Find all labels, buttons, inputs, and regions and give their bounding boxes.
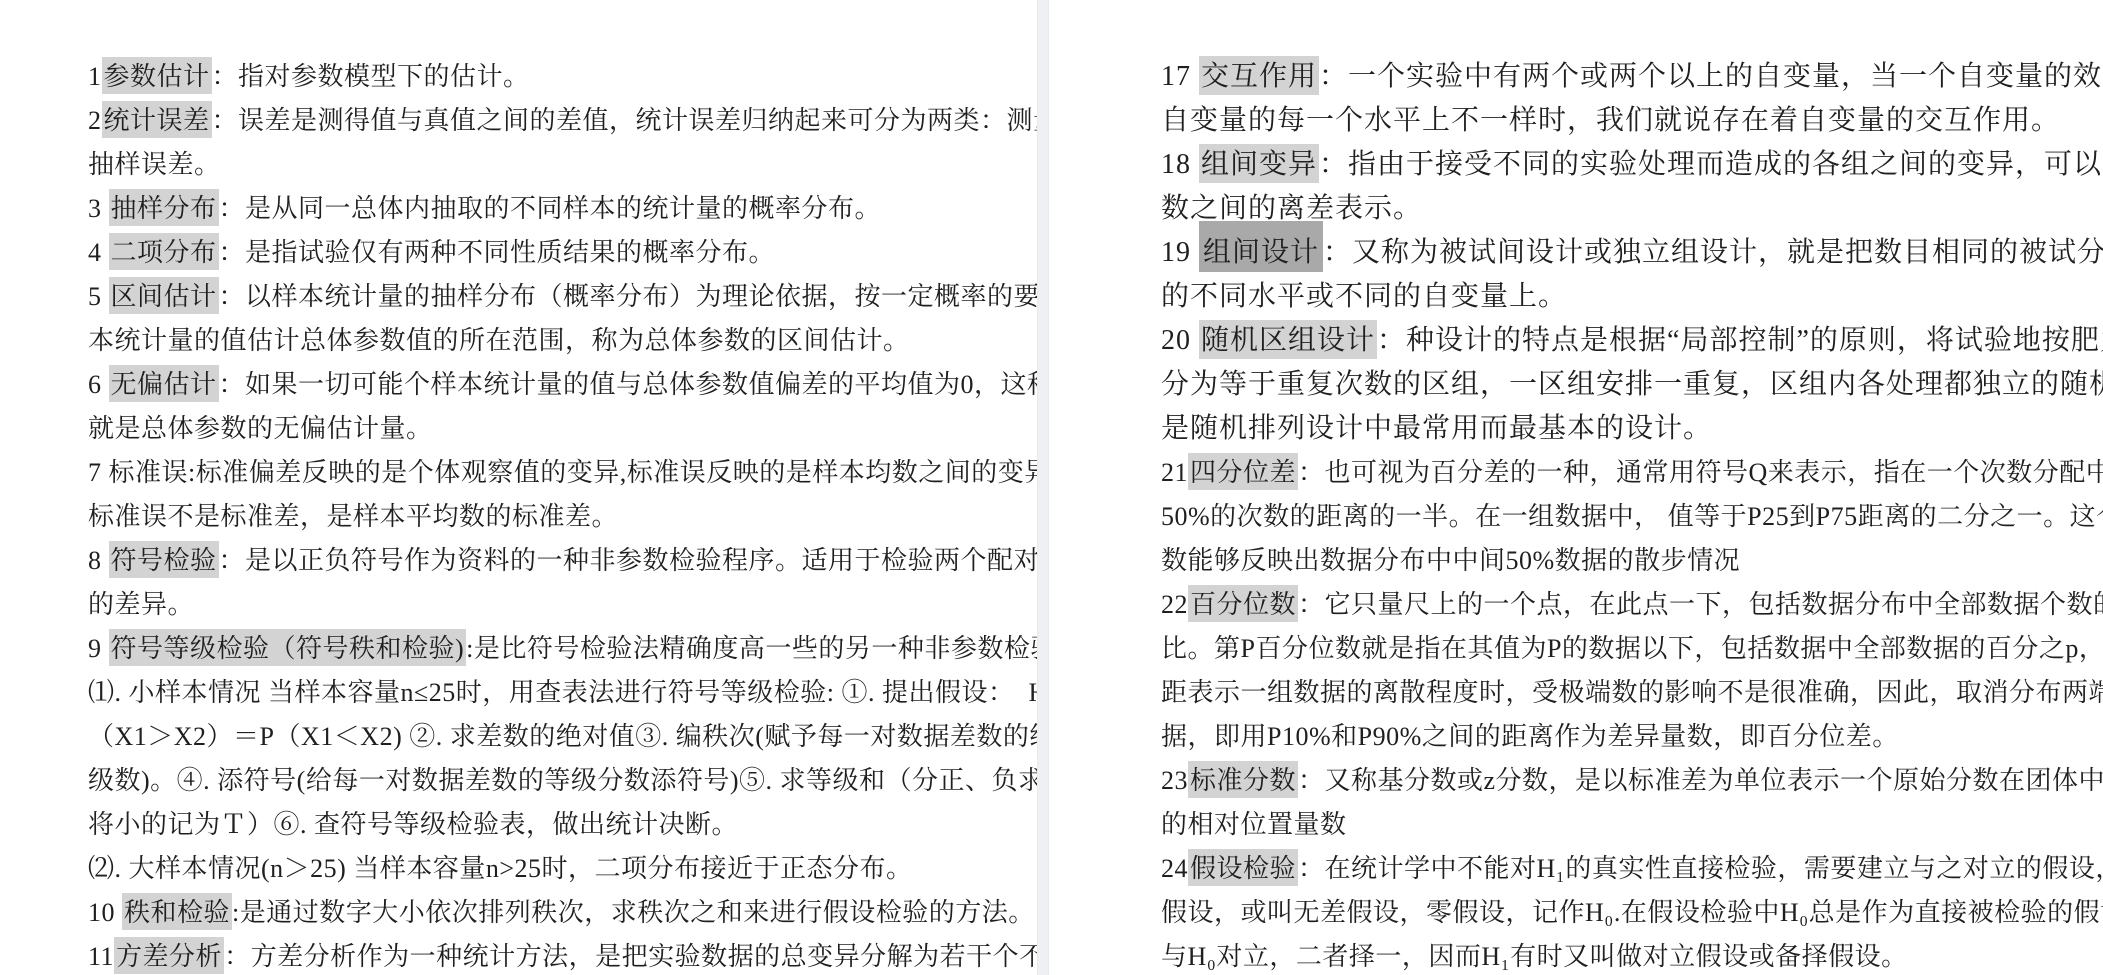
definition-line: 4 二项分布：是指试验仅有两种不同性质结果的概率分布。	[88, 231, 1007, 275]
highlighted-term: 秩和检验	[122, 893, 232, 930]
text-run: 与H₀对立，二者择一，因而H₁有时又叫做对立假设或备择假设。	[1161, 942, 1908, 971]
page-left: 1参数估计：指对参数模型下的估计。2统计误差：误差是测得值与真值之间的差值，统计…	[0, 0, 1037, 975]
text-run: ：又称基分数或z分数，是以标准差为单位表示一个原始分数在团体中所处位置	[1298, 766, 2103, 795]
text-run: ：也可视为百分差的一种，通常用符号Q来表示，指在一个次数分配中，中间的	[1298, 458, 2103, 487]
highlighted-term: 标准分数	[1188, 761, 1298, 798]
text-run: 8	[88, 546, 109, 575]
highlighted-term: 随机区组设计	[1199, 320, 1377, 359]
highlighted-term: 假设检验	[1188, 849, 1298, 886]
definition-line: 本统计量的值估计总体参数值的所在范围，称为总体参数的区间估计。	[88, 319, 1007, 363]
text-run: 17	[1161, 61, 1199, 92]
text-run: 4	[88, 238, 109, 267]
text-run: 自变量的每一个水平上不一样时，我们就说存在着自变量的交互作用。	[1161, 105, 2060, 136]
text-run: 本统计量的值估计总体参数值的所在范围，称为总体参数的区间估计。	[88, 326, 910, 355]
text-run: ：又称为被试间设计或独立组设计，就是把数目相同的被试分配到自变量	[1323, 237, 2103, 268]
definition-line: 据，即用P10%和P90%之间的距离作为差异量数，即百分位差。	[1161, 715, 2063, 759]
text-run: 的不同水平或不同的自变量上。	[1161, 281, 1567, 312]
text-run: 的相对位置量数	[1161, 810, 1347, 839]
highlighted-term: 交互作用	[1199, 56, 1319, 95]
highlighted-term: 百分位数	[1188, 585, 1298, 622]
page-gutter-divider	[1037, 0, 1049, 975]
definition-line: 距表示一组数据的离散程度时，受极端数的影响不是很准确，因此，取消分布两端10%的…	[1161, 671, 2063, 715]
text-run: 22	[1161, 590, 1188, 619]
definition-line: ⑴. 小样本情况 当样本容量n≤25时，用查表法进行符号等级检验: ①. 提出假…	[88, 671, 1007, 715]
definition-line: 5 区间估计：以样本统计量的抽样分布（概率分布）为理论依据，按一定概率的要求，由…	[88, 275, 1007, 319]
highlighted-term: 无偏估计	[109, 365, 219, 402]
text-run: 数之间的离差表示。	[1161, 193, 1422, 224]
definition-line: 标准误不是标准差，是样本平均数的标准差。	[88, 495, 1007, 539]
text-run: 3	[88, 194, 109, 223]
text-run: ：它只量尺上的一个点，在此点一下，包括数据分布中全部数据个数的一定百分	[1298, 590, 2103, 619]
text-run: ：是指试验仅有两种不同性质结果的概率分布。	[219, 238, 776, 267]
definition-line: 比。第P百分位数就是指在其值为P的数据以下，包括数据中全部数据的百分之p，由于以…	[1161, 627, 2063, 671]
definition-line: 级数)。④. 添符号(给每一对数据差数的等级分数添符号)⑤. 求等级和（分正、负…	[88, 759, 1007, 803]
highlighted-term: 四分位差	[1188, 453, 1298, 490]
text-run: 数能够反映出数据分布中中间50%数据的散步情况	[1161, 546, 1740, 575]
text-run: ：是从同一总体内抽取的不同样本的统计量的概率分布。	[219, 194, 882, 223]
text-run: 7 标准误:标准偏差反映的是个体观察值的变异,标准误反映的是样本均数之间的变异,	[88, 458, 1037, 487]
definition-line: 1参数估计：指对参数模型下的估计。	[88, 55, 1007, 99]
text-run: 10	[88, 898, 122, 927]
definition-line: 17 交互作用：一个实验中有两个或两个以上的自变量，当一个自变量的效果在另一个	[1161, 55, 2063, 99]
definition-line: 7 标准误:标准偏差反映的是个体观察值的变异,标准误反映的是样本均数之间的变异,	[88, 451, 1007, 495]
definition-line: 自变量的每一个水平上不一样时，我们就说存在着自变量的交互作用。	[1161, 99, 2063, 143]
text-run: :是通过数字大小依次排列秩次，求秩次之和来进行假设检验的方法。	[232, 898, 1035, 927]
text-run: ：误差是测得值与真值之间的差值，统计误差归纳起来可分为两类：测量误差与	[212, 106, 1037, 135]
definition-line: 6 无偏估计：如果一切可能个样本统计量的值与总体参数值偏差的平均值为0，这种统计…	[88, 363, 1007, 407]
text-run: ：指对参数模型下的估计。	[212, 62, 530, 91]
text-run: ：在统计学中不能对H₁的真实性直接检验，需要建立与之对立的假设，称作虚无	[1298, 854, 2103, 883]
definition-line: 20 随机区组设计：种设计的特点是根据“局部控制”的原则，将试验地按肥力程度划	[1161, 319, 2063, 363]
definition-line: 19 组间设计：又称为被试间设计或独立组设计，就是把数目相同的被试分配到自变量	[1161, 231, 2063, 275]
text-run: ⑵. 大样本情况(n＞25) 当样本容量n>25时，二项分布接近于正态分布。	[88, 854, 912, 883]
definition-line: 的不同水平或不同的自变量上。	[1161, 275, 2063, 319]
text-run: 6	[88, 370, 109, 399]
text-run: ：方差分析作为一种统计方法，是把实验数据的总变异分解为若干个不同来源的	[224, 942, 1037, 971]
text-run: 9	[88, 634, 109, 663]
definition-line: 50%的次数的距离的一半。在一组数据中， 值等于P25到P75距离的二分之一。这…	[1161, 495, 2063, 539]
highlighted-term: 二项分布	[109, 233, 219, 270]
definition-line: 将小的记为Ｔ）⑥. 查符号等级检验表，做出统计决断。	[88, 803, 1007, 847]
text-run: 19	[1161, 237, 1199, 268]
definition-line: ⑵. 大样本情况(n＞25) 当样本容量n>25时，二项分布接近于正态分布。	[88, 847, 1007, 891]
highlighted-term: 方差分析	[114, 937, 224, 974]
definition-line: 11方差分析：方差分析作为一种统计方法，是把实验数据的总变异分解为若干个不同来源…	[88, 935, 1007, 975]
page-right: 17 交互作用：一个实验中有两个或两个以上的自变量，当一个自变量的效果在另一个自…	[1049, 0, 2103, 975]
text-run: 就是总体参数的无偏估计量。	[88, 414, 433, 443]
definition-line: （X1＞X2）＝P（X1＜X2) ②. 求差数的绝对值③. 编秩次(赋予每一对数…	[88, 715, 1007, 759]
text-run: 23	[1161, 766, 1188, 795]
text-run: ：一个实验中有两个或两个以上的自变量，当一个自变量的效果在另一个	[1319, 61, 2103, 92]
text-run: 是随机排列设计中最常用而最基本的设计。	[1161, 413, 1712, 444]
text-run: ：种设计的特点是根据“局部控制”的原则，将试验地按肥力程度划	[1377, 325, 2103, 356]
highlighted-term: 组间设计	[1199, 221, 1323, 272]
text-run: 假设，或叫无差假设，零假设，记作H₀.在假设检验中H₀总是作为直接被检验的假设，…	[1161, 898, 2103, 927]
text-run: 将小的记为Ｔ）⑥. 查符号等级检验表，做出统计决断。	[88, 810, 738, 839]
text-run: 18	[1161, 149, 1199, 180]
highlighted-term: 符号等级检验（符号秩和检验)	[109, 629, 467, 666]
definition-line: 21四分位差：也可视为百分差的一种，通常用符号Q来表示，指在一个次数分配中，中间…	[1161, 451, 2063, 495]
highlighted-term: 统计误差	[102, 101, 212, 138]
highlighted-term: 区间估计	[109, 277, 219, 314]
document-spread: 1参数估计：指对参数模型下的估计。2统计误差：误差是测得值与真值之间的差值，统计…	[0, 0, 2103, 975]
text-run: 级数)。④. 添符号(给每一对数据差数的等级分数添符号)⑤. 求等级和（分正、负…	[88, 766, 1037, 795]
text-run: 1	[88, 62, 102, 91]
definition-line: 2统计误差：误差是测得值与真值之间的差值，统计误差归纳起来可分为两类：测量误差与	[88, 99, 1007, 143]
text-run: ：是以正负符号作为资料的一种非参数检验程序。适用于检验两个配对样本分布	[219, 546, 1037, 575]
highlighted-term: 抽样分布	[109, 189, 219, 226]
text-run: 24	[1161, 854, 1188, 883]
definition-line: 8 符号检验：是以正负符号作为资料的一种非参数检验程序。适用于检验两个配对样本分…	[88, 539, 1007, 583]
definition-line: 分为等于重复次数的区组，一区组安排一重复，区组内各处理都独立的随机排列。这	[1161, 363, 2063, 407]
definition-line: 3 抽样分布：是从同一总体内抽取的不同样本的统计量的概率分布。	[88, 187, 1007, 231]
definition-line: 与H₀对立，二者择一，因而H₁有时又叫做对立假设或备择假设。	[1161, 935, 2063, 975]
text-run: 11	[88, 942, 114, 971]
text-run: ：指由于接受不同的实验处理而造成的各组之间的变异，可以用两个平均	[1319, 149, 2103, 180]
text-run: 21	[1161, 458, 1188, 487]
definition-line: 9 符号等级检验（符号秩和检验):是比符号检验法精确度高一些的另一种非参数检验方…	[88, 627, 1007, 671]
definition-line: 的差异。	[88, 583, 1007, 627]
text-run: ：如果一切可能个样本统计量的值与总体参数值偏差的平均值为0，这种统计量	[219, 370, 1037, 399]
definition-line: 10 秩和检验:是通过数字大小依次排列秩次，求秩次之和来进行假设检验的方法。	[88, 891, 1007, 935]
text-run: 标准误不是标准差，是样本平均数的标准差。	[88, 502, 618, 531]
highlighted-term: 符号检验	[109, 541, 219, 578]
text-run: 距表示一组数据的离散程度时，受极端数的影响不是很准确，因此，取消分布两端10%的…	[1161, 678, 2103, 707]
text-run: 分为等于重复次数的区组，一区组安排一重复，区组内各处理都独立的随机排列。这	[1161, 369, 2103, 400]
highlighted-term: 组间变异	[1199, 144, 1319, 183]
text-run: 2	[88, 106, 102, 135]
definition-line: 就是总体参数的无偏估计量。	[88, 407, 1007, 451]
definition-line: 是随机排列设计中最常用而最基本的设计。	[1161, 407, 2063, 451]
text-run: :是比符号检验法精确度高一些的另一种非参数检验方法	[466, 634, 1037, 663]
text-run: ⑴. 小样本情况 当样本容量n≤25时，用查表法进行符号等级检验: ①. 提出假…	[88, 678, 1037, 707]
definition-line: 假设，或叫无差假设，零假设，记作H₀.在假设检验中H₀总是作为直接被检验的假设，…	[1161, 891, 2063, 935]
text-run: 20	[1161, 325, 1199, 356]
definition-line: 数能够反映出数据分布中中间50%数据的散步情况	[1161, 539, 2063, 583]
text-run: 比。第P百分位数就是指在其值为P的数据以下，包括数据中全部数据的百分之p，由于以…	[1161, 634, 2103, 663]
text-run: （X1＞X2）＝P（X1＜X2) ②. 求差数的绝对值③. 编秩次(赋予每一对数…	[88, 722, 1037, 751]
definition-line: 18 组间变异：指由于接受不同的实验处理而造成的各组之间的变异，可以用两个平均	[1161, 143, 2063, 187]
definition-line: 23标准分数：又称基分数或z分数，是以标准差为单位表示一个原始分数在团体中所处位…	[1161, 759, 2063, 803]
definition-line: 的相对位置量数	[1161, 803, 2063, 847]
text-run: 据，即用P10%和P90%之间的距离作为差异量数，即百分位差。	[1161, 722, 1899, 751]
definition-line: 24假设检验：在统计学中不能对H₁的真实性直接检验，需要建立与之对立的假设，称作…	[1161, 847, 2063, 891]
definition-line: 抽样误差。	[88, 143, 1007, 187]
text-run: 5	[88, 282, 109, 311]
text-run: 的差异。	[88, 590, 194, 619]
highlighted-term: 参数估计	[102, 57, 212, 94]
definition-line: 22百分位数：它只量尺上的一个点，在此点一下，包括数据分布中全部数据个数的一定百…	[1161, 583, 2063, 627]
text-run: 抽样误差。	[88, 150, 221, 179]
text-run: 50%的次数的距离的一半。在一组数据中， 值等于P25到P75距离的二分之一。这…	[1161, 502, 2103, 531]
text-run: ：以样本统计量的抽样分布（概率分布）为理论依据，按一定概率的要求，由样	[219, 282, 1037, 311]
